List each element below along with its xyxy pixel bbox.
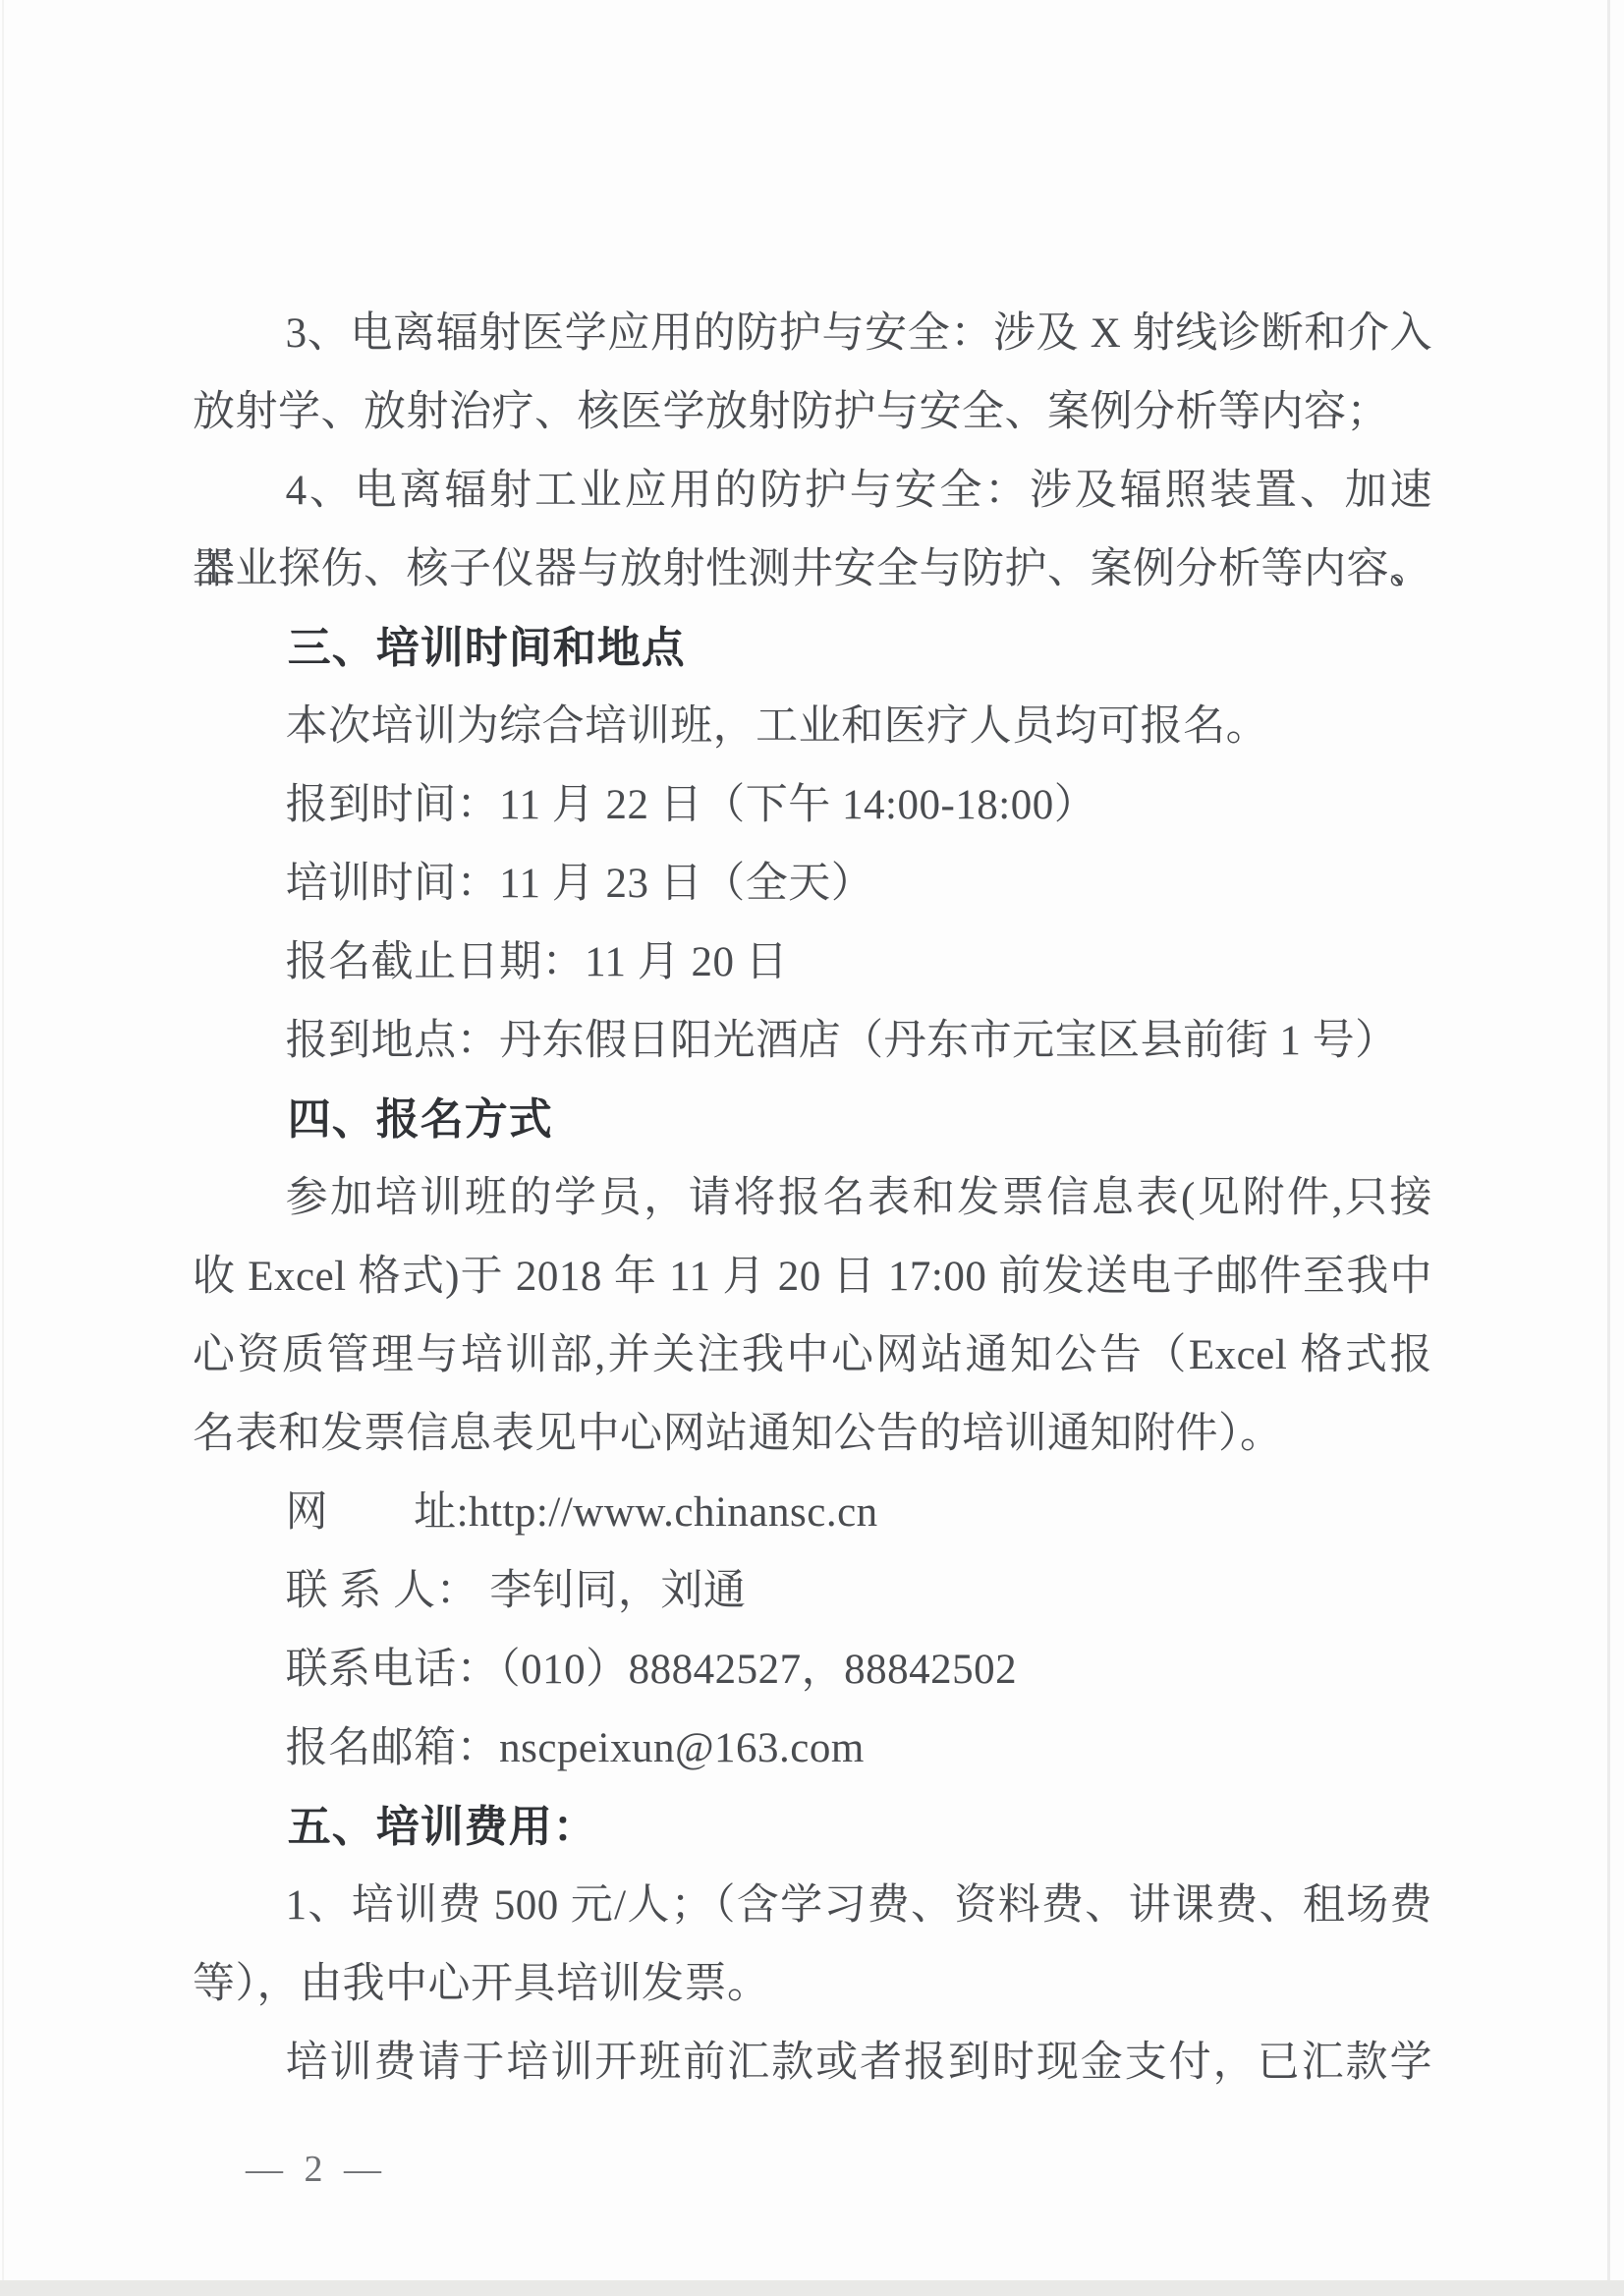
- doc-line-contact-phone: 联系电话：（010）88842527，88842502: [193, 1631, 1432, 1709]
- doc-line-registration-email: 报名邮箱：nscpeixun@163.com: [193, 1709, 1432, 1788]
- doc-line: 等），由我中心开具培训发票。: [193, 1945, 1432, 2024]
- doc-line: 名表和发票信息表见中心网站通知公告的培训通知附件）。: [193, 1395, 1432, 1474]
- heading-training-time-location: 三、培训时间和地点: [193, 609, 1432, 688]
- doc-line-training-time: 培训时间：11 月 23 日（全天）: [193, 845, 1432, 924]
- doc-line: 3、电离辐射医学应用的防护与安全：涉及 X 射线诊断和介入: [193, 295, 1432, 373]
- page-number: — 2 —: [246, 2140, 387, 2199]
- doc-line: 1、培训费 500 元/人；（含学习费、资料费、讲课费、租场费: [193, 1867, 1432, 1945]
- scan-edge-right-artifact: [1607, 0, 1610, 2296]
- scan-edge-bottom-artifact: [0, 2280, 1624, 2296]
- heading-registration-method: 四、报名方式: [193, 1081, 1432, 1159]
- document-body: 3、电离辐射医学应用的防护与安全：涉及 X 射线诊断和介入 放射学、放射治疗、核…: [193, 295, 1432, 2102]
- scan-edge-left-artifact: [2, 0, 4, 2296]
- scanned-document-page: 3、电离辐射医学应用的防护与安全：涉及 X 射线诊断和介入 放射学、放射治疗、核…: [0, 0, 1624, 2296]
- doc-line: 放射学、放射治疗、核医学放射防护与安全、案例分析等内容；: [193, 373, 1432, 452]
- doc-line-registration-deadline: 报名截止日期：11 月 20 日: [193, 924, 1432, 1002]
- doc-line-checkin-location: 报到地点：丹东假日阳光酒店（丹东市元宝区县前街 1 号）: [193, 1002, 1432, 1081]
- doc-line-contact-person: 联 系 人： 李钊同，刘通: [193, 1552, 1432, 1631]
- doc-line: 4、电离辐射工业应用的防护与安全：涉及辐照装置、加速器、: [193, 452, 1432, 531]
- doc-line: 本次培训为综合培训班，工业和医疗人员均可报名。: [193, 688, 1432, 766]
- doc-line: 心资质管理与培训部,并关注我中心网站通知公告（Excel 格式报: [193, 1316, 1432, 1395]
- doc-line: 参加培训班的学员，请将报名表和发票信息表(见附件,只接: [193, 1159, 1432, 1238]
- doc-line: 培训费请于培训开班前汇款或者报到时现金支付，已汇款学: [193, 2024, 1432, 2102]
- doc-line-checkin-time: 报到时间：11 月 22 日（下午 14:00-18:00）: [193, 766, 1432, 845]
- doc-line: 收 Excel 格式)于 2018 年 11 月 20 日 17:00 前发送电…: [193, 1238, 1432, 1316]
- heading-training-fee: 五、培训费用：: [193, 1788, 1432, 1867]
- doc-line: 工业探伤、核子仪器与放射性测井安全与防护、案例分析等内容。: [193, 531, 1432, 609]
- doc-line-website: 网 址:http://www.chinansc.cn: [193, 1474, 1432, 1552]
